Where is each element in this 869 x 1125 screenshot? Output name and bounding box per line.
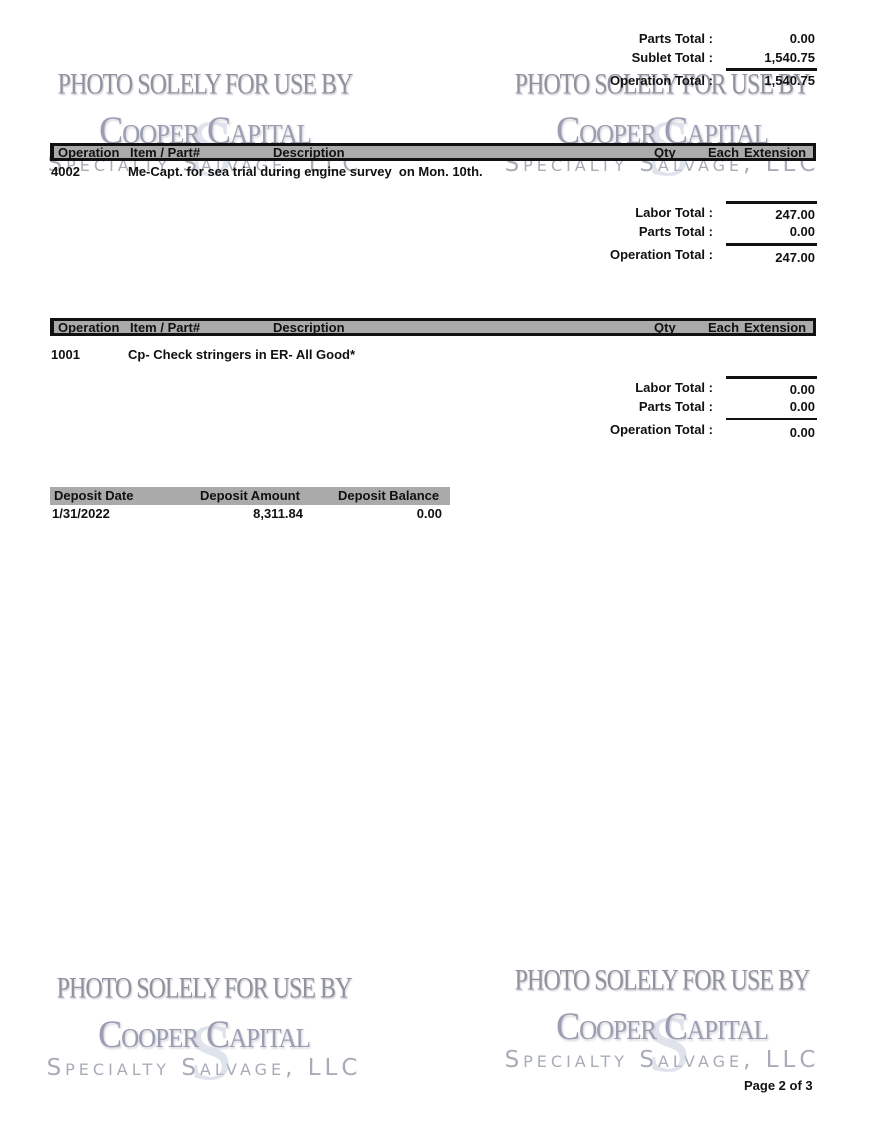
total-rule — [726, 376, 817, 379]
col-description: Description — [273, 321, 345, 334]
watermark-line3: Specialty Salvage, LLC — [502, 1047, 822, 1073]
deposit-date: 1/31/2022 — [52, 506, 110, 521]
parts-total-value: 0.00 — [790, 224, 815, 239]
sublet-total-label: Sublet Total : — [632, 50, 713, 65]
operation-total-label: Operation Total : — [610, 247, 713, 262]
operation-code: 4002 — [51, 164, 80, 179]
operation-total-value: 1,540.75 — [764, 73, 815, 88]
deposit-amount-header: Deposit Amount — [200, 488, 300, 503]
operation-totals: Labor Total :0.00 Parts Total :0.00 Oper… — [560, 380, 818, 441]
watermark-line3: Specialty Salvage, LLC — [44, 1055, 364, 1081]
total-double-rule — [726, 418, 817, 420]
col-description: Description — [273, 146, 345, 159]
total-rule — [726, 243, 817, 246]
col-each: Each — [708, 321, 739, 334]
col-extension: Extension — [744, 321, 806, 334]
watermark-line2: Cooper Capital — [502, 1003, 822, 1049]
watermark-line2: Cooper Capital — [44, 1011, 364, 1057]
parts-total-label: Parts Total : — [639, 399, 713, 414]
total-rule — [726, 68, 817, 71]
operation-description: Cp- Check stringers in ER- All Good* — [128, 347, 355, 362]
col-each: Each — [708, 146, 739, 159]
col-operation: Operation — [58, 146, 119, 159]
operation-description: Me-Capt. for sea trial during engine sur… — [128, 164, 483, 179]
deposit-row: 1/31/2022 8,311.84 0.00 — [50, 505, 450, 523]
operation-total-label: Operation Total : — [610, 73, 713, 88]
deposit-table-header: Deposit Date Deposit Amount Deposit Bala… — [50, 487, 450, 505]
total-rule — [726, 201, 817, 204]
watermark-line1: PHOTO SOLELY FOR USE BY — [45, 69, 365, 103]
labor-total-label: Labor Total : — [635, 380, 713, 395]
parts-total-label: Parts Total : — [639, 31, 713, 46]
col-item: Item / Part# — [130, 321, 200, 334]
operation-table-header: Operation Item / Part# Description Qty E… — [50, 143, 816, 161]
deposit-balance: 0.00 — [417, 506, 442, 521]
col-item: Item / Part# — [130, 146, 200, 159]
operation-code: 1001 — [51, 347, 80, 362]
operation-total-value: 0.00 — [790, 425, 815, 440]
col-operation: Operation — [58, 321, 119, 334]
monogram-icon: S — [647, 1000, 692, 1091]
sublet-total-value: 1,540.75 — [764, 50, 815, 65]
deposit-balance-header: Deposit Balance — [338, 488, 439, 503]
deposit-table: Deposit Date Deposit Amount Deposit Bala… — [50, 487, 450, 523]
operation-total-label: Operation Total : — [610, 422, 713, 437]
page-number: Page 2 of 3 — [744, 1078, 813, 1093]
parts-total-value: 0.00 — [790, 399, 815, 414]
watermark-bottom-right: S PHOTO SOLELY FOR USE BY Cooper Capital… — [502, 968, 822, 1073]
parts-total-label: Parts Total : — [639, 224, 713, 239]
watermark-line1: PHOTO SOLELY FOR USE BY — [502, 965, 822, 999]
watermark-top-left: S PHOTO SOLELY FOR USE BY Cooper Capital… — [45, 72, 365, 177]
parts-total-value: 0.00 — [790, 31, 815, 46]
col-qty: Qty — [654, 321, 676, 334]
labor-total-value: 247.00 — [775, 207, 815, 222]
col-extension: Extension — [744, 146, 806, 159]
operation-total-value: 247.00 — [775, 250, 815, 265]
watermark-line1: PHOTO SOLELY FOR USE BY — [44, 973, 364, 1007]
monogram-icon: S — [189, 1008, 234, 1099]
labor-total-label: Labor Total : — [635, 205, 713, 220]
labor-total-value: 0.00 — [790, 382, 815, 397]
operation-table-header: Operation Item / Part# Description Qty E… — [50, 318, 816, 336]
top-totals: Parts Total :0.00 Sublet Total :1,540.75… — [560, 31, 818, 92]
col-qty: Qty — [654, 146, 676, 159]
deposit-amount: 8,311.84 — [253, 506, 303, 521]
deposit-date-header: Deposit Date — [54, 488, 133, 503]
operation-totals: Labor Total :247.00 Parts Total :0.00 Op… — [560, 205, 818, 266]
watermark-bottom-left: S PHOTO SOLELY FOR USE BY Cooper Capital… — [44, 976, 364, 1081]
